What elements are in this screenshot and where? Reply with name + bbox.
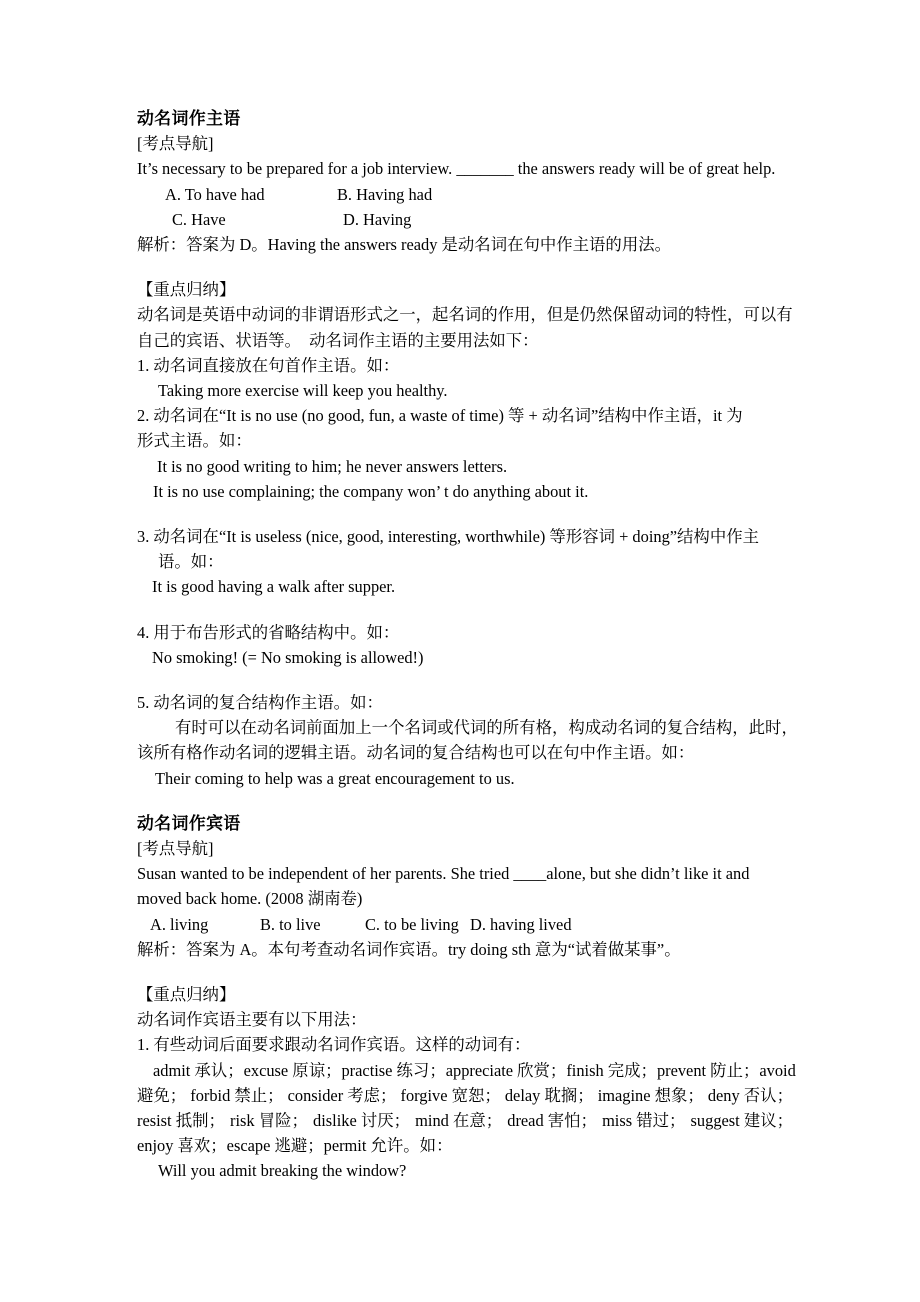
- exercise1-options-row-1: A. To have hadB. Having had: [137, 182, 793, 207]
- usage-item-2-example1: It is no good writing to him; he never a…: [137, 454, 793, 479]
- usage-item-3-line2: 语。如：: [137, 549, 793, 574]
- document-page: 动名词作主语[考点导航]It’s necessary to be prepare…: [0, 0, 920, 1302]
- usage-item-5-note-line1: 有时可以在动名词前面加上一个名词或代词的所有格，构成动名词的复合结构，此时，: [137, 715, 793, 740]
- section2-usage-example: Will you admit breaking the window?: [137, 1158, 793, 1183]
- document-content: 动名词作主语[考点导航]It’s necessary to be prepare…: [137, 106, 793, 1184]
- section2-heading: 动名词作宾语: [137, 811, 793, 836]
- vocab-item: delay 耽搁；: [505, 1083, 594, 1108]
- section2-exam-points-label: [考点导航]: [137, 836, 793, 861]
- exercise1-option-b: B. Having had: [337, 182, 432, 207]
- vocab-item: mind 在意；: [415, 1108, 502, 1133]
- vocab-item: consider 考虑；: [288, 1083, 397, 1108]
- usage-item-2-example2: It is no use complaining; the company wo…: [137, 479, 793, 504]
- exercise2-question-line1: Susan wanted to be independent of her pa…: [137, 861, 793, 886]
- verb-list-line4: enjoy 喜欢；escape 逃避；permit 允许。如：: [137, 1133, 793, 1158]
- exercise1-options-row-2: C. HaveD. Having: [137, 207, 793, 232]
- section1-exam-points-label: [考点导航]: [137, 131, 793, 156]
- vocab-item: dread 害怕；: [507, 1108, 597, 1133]
- usage-item-3-line1: 3. 动名词在“It is useless (nice, good, inter…: [137, 524, 793, 549]
- vocab-item: forgive 宽恕；: [400, 1083, 500, 1108]
- section1-heading: 动名词作主语: [137, 106, 793, 131]
- section2-summary-label: 【重点归纳】: [137, 982, 793, 1007]
- exercise2-options-row: A. livingB. to liveC. to be livingD. hav…: [137, 912, 793, 937]
- usage-item-4-example: No smoking! (= No smoking is allowed!): [137, 645, 793, 670]
- blank-line: [137, 504, 793, 524]
- vocab-item: suggest 建议；: [691, 1108, 793, 1133]
- vocab-item: practise 练习；: [341, 1058, 445, 1083]
- usage-item-5-note-line2: 该所有格作动名词的逻辑主语。动名词的复合结构也可以在句中作主语。如：: [137, 740, 793, 765]
- usage-item-2-line1: 2. 动名词在“It is no use (no good, fun, a wa…: [137, 403, 793, 428]
- exercise2-option-d: D. having lived: [470, 912, 572, 937]
- section1-summary-label: 【重点归纳】: [137, 277, 793, 302]
- usage-item-1: 1. 动名词直接放在句首作主语。如：: [137, 353, 793, 378]
- section1-summary-para-line2: 自己的宾语、状语等。 动名词作主语的主要用法如下：: [137, 328, 793, 353]
- vocab-item: dislike 讨厌；: [313, 1108, 410, 1133]
- usage-item-5-example: Their coming to help was a great encoura…: [137, 766, 793, 791]
- section2-summary-intro: 动名词作宾语主要有以下用法：: [137, 1007, 793, 1032]
- exercise1-analysis: 解析：答案为 D。Having the answers ready 是动名词在句…: [137, 232, 793, 257]
- exercise1-option-a: A. To have had: [165, 182, 265, 207]
- exercise1-question: It’s necessary to be prepared for a job …: [137, 156, 793, 181]
- blank-line: [137, 600, 793, 620]
- blank-line: [137, 962, 793, 982]
- usage-item-5: 5. 动名词的复合结构作主语。如：: [137, 690, 793, 715]
- vocab-item: miss 错过；: [602, 1108, 685, 1133]
- vocab-item: prevent 防止；: [657, 1058, 759, 1083]
- exercise1-option-c: C. Have: [172, 207, 226, 232]
- vocab-item: avoid: [759, 1058, 795, 1083]
- vocab-item: resist 抵制；: [137, 1108, 225, 1133]
- exercise1-option-d: D. Having: [343, 207, 411, 232]
- section2-usage-item-1: 1. 有些动词后面要求跟动名词作宾语。这样的动词有：: [137, 1032, 793, 1057]
- verb-list-line3: resist 抵制；risk 冒险；dislike 讨厌；mind 在意；dre…: [137, 1108, 793, 1133]
- verb-list-line1: admit 承认；excuse 原谅；practise 练习；appreciat…: [137, 1058, 793, 1083]
- vocab-item: excuse 原谅；: [244, 1058, 342, 1083]
- vocab-item: admit 承认；: [153, 1058, 244, 1083]
- exercise2-option-b: B. to live: [260, 912, 321, 937]
- vocab-item: deny 否认；: [708, 1083, 793, 1108]
- vocab-item: 避免；: [137, 1083, 186, 1108]
- exercise2-analysis: 解析：答案为 A。本句考查动名词作宾语。try doing sth 意为“试着做…: [137, 937, 793, 962]
- usage-item-3-example: It is good having a walk after supper.: [137, 574, 793, 599]
- vocab-item: appreciate 欣赏；: [446, 1058, 567, 1083]
- blank-line: [137, 257, 793, 277]
- blank-line: [137, 670, 793, 690]
- usage-item-1-example: Taking more exercise will keep you healt…: [137, 378, 793, 403]
- exercise2-option-c: C. to be living: [365, 912, 459, 937]
- section1-summary-para-line1: 动名词是英语中动词的非谓语形式之一，起名词的作用，但是仍然保留动词的特性，可以有: [137, 302, 793, 327]
- blank-line: [137, 791, 793, 811]
- usage-item-4: 4. 用于布告形式的省略结构中。如：: [137, 620, 793, 645]
- usage-item-2-line2: 形式主语。如：: [137, 428, 793, 453]
- vocab-item: risk 冒险；: [230, 1108, 308, 1133]
- vocab-item: finish 完成；: [566, 1058, 657, 1083]
- exercise2-question-line2: moved back home. (2008 湖南卷): [137, 886, 793, 911]
- vocab-item: imagine 想象；: [598, 1083, 704, 1108]
- vocab-item: forbid 禁止；: [190, 1083, 283, 1108]
- verb-list-line2: 避免；forbid 禁止；consider 考虑；forgive 宽恕；dela…: [137, 1083, 793, 1108]
- exercise2-option-a: A. living: [150, 912, 208, 937]
